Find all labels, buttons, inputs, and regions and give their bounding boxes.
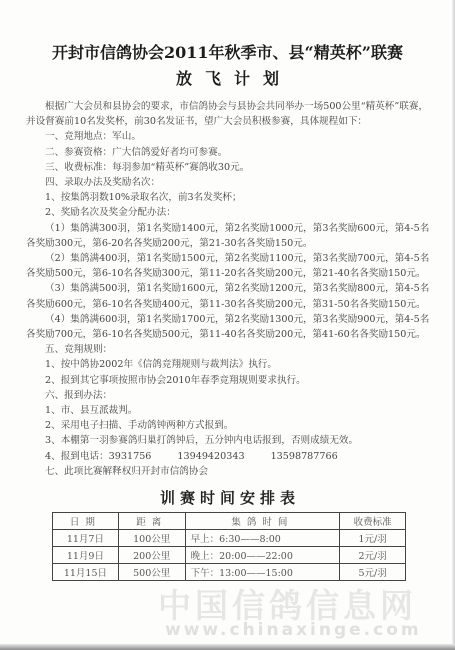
section-awards: 四、录取办法及奖励名次：: [26, 175, 434, 190]
reporting-phones: 4、报到电话：39317561394942034313598787766: [26, 449, 434, 464]
cell-time: 下午：13:00——15:00: [185, 564, 340, 581]
intro-paragraph: 根据广大会员和县协会的要求，市信鸽协会与县协会共同举办一场500公里“精英杯”联…: [26, 99, 434, 129]
reporting-item-2: 2、采用电子扫描、手动鸽钟两种方式报到。: [26, 418, 434, 433]
document-body: 根据广大会员和县协会的要求，市信鸽协会与县协会共同举办一场500公里“精英杯”联…: [26, 99, 434, 479]
phone-number: 13598787766: [271, 451, 338, 462]
cell-distance: 100公里: [118, 530, 185, 547]
cell-date: 11月15日: [53, 564, 119, 581]
schedule-title: 训赛时间安排表: [0, 487, 455, 508]
rules-item-1: 1、按中鸽协2002年《信鸽竞翔规则与裁判法》执行。: [26, 357, 434, 372]
document-page: 开封市信鸽协会2011年秋季市、县“精英杯”联赛 放飞计划 根据广大会员和县协会…: [0, 0, 455, 650]
prize-tier-600: （4）集鸽满600羽，第1名奖励1700元，第2名奖励1300元，第3名奖励90…: [26, 312, 434, 342]
prize-tier-400: （2）集鸽满400羽，第1名奖励1500元，第2名奖励1100元，第3名奖励70…: [26, 251, 434, 281]
phone-number: 13949420343: [177, 451, 244, 462]
awards-item-2: 2、奖励名次及奖金分配办法：: [26, 205, 434, 220]
table-row: 11月9日 200公里 晚上：20:00——22:00 2元/羽: [53, 547, 406, 564]
section-fee: 三、收费标准：每羽参加“精英杯”赛鸽收30元。: [26, 160, 434, 175]
cell-fee: 1元/羽: [340, 530, 406, 547]
schedule-table: 日期 距离 集鸽时间 收费标准 11月7日 100公里 早上：6:30——8:0…: [52, 512, 406, 581]
awards-item-1: 1、按集鸽羽数10%录取名次，前3名发奖杯；: [26, 190, 434, 205]
header-date: 日期: [53, 513, 119, 530]
cell-time: 晚上：20:00——22:00: [185, 547, 340, 564]
section-interpretation: 七、此项比赛解释权归开封市信鸽协会: [26, 464, 434, 479]
cell-date: 11月7日: [53, 530, 119, 547]
section-venue: 一、竞翔地点：军山。: [26, 129, 434, 144]
reporting-item-1: 1、市、县互派裁判。: [26, 403, 434, 418]
cell-distance: 200公里: [118, 547, 185, 564]
section-eligibility: 二、参赛资格：广大信鸽爱好者均可参赛。: [26, 145, 434, 160]
header-collection-time: 集鸽时间: [185, 513, 340, 530]
cell-date: 11月9日: [53, 547, 119, 564]
header-fee: 收费标准: [340, 513, 406, 530]
cell-fee: 5元/羽: [340, 564, 406, 581]
scan-edge-bottom: [0, 644, 455, 650]
header-distance: 距离: [118, 513, 185, 530]
prize-tier-500: （3）集鸽满500羽，第1名奖励1600元，第2名奖励1200元，第3名奖励80…: [26, 281, 434, 311]
section-rules: 五、竞翔规则：: [26, 342, 434, 357]
phones-label: 4、报到电话：: [45, 451, 109, 462]
cell-fee: 2元/羽: [340, 547, 406, 564]
cell-time: 早上：6:30——8:00: [185, 530, 340, 547]
table-row: 11月15日 500公里 下午：13:00——15:00 5元/羽: [53, 564, 406, 581]
prize-tier-300: （1）集鸽满300羽，第1名奖励1400元，第2名奖励1000元，第3名奖励60…: [26, 221, 434, 251]
document-title: 开封市信鸽协会2011年秋季市、县“精英杯”联赛: [0, 40, 455, 63]
cell-distance: 500公里: [118, 564, 185, 581]
rules-item-2: 2、报到其它事项按照市协会2010年春季竞翔规则要求执行。: [26, 373, 434, 388]
table-header-row: 日期 距离 集鸽时间 收费标准: [53, 513, 406, 530]
table-row: 11月7日 100公里 早上：6:30——8:00 1元/羽: [53, 530, 406, 547]
phone-number: 3931756: [109, 451, 152, 462]
document-subtitle: 放飞计划: [0, 66, 455, 89]
section-reporting: 六、报到办法：: [26, 388, 434, 403]
reporting-item-3: 3、本棚第一羽参赛鸽归巢打鸽钟后，五分钟内电话报到，否则成绩无效。: [26, 433, 434, 448]
watermark-url: www.chinaxinge.com: [165, 620, 455, 640]
